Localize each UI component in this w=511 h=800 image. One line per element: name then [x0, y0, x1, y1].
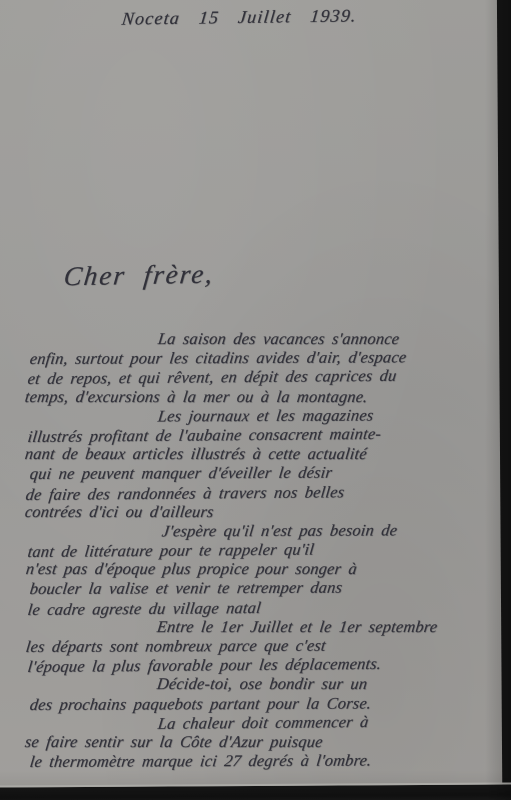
letter-line: La chaleur doit commencer à: [25, 711, 499, 734]
letter-line: n'est pas d'époque plus propice pour son…: [25, 559, 498, 578]
letter-line: contrées d'ici ou d'ailleurs: [24, 502, 498, 521]
letter-line: La saison des vacances s'annonce: [25, 329, 498, 348]
letter-line: illustrés profitant de l'aubaine consacr…: [27, 423, 499, 446]
letter-line: de faire des randonnées à travers nos be…: [25, 480, 499, 503]
letter-line: l'époque la plus favorable pour les dépl…: [27, 653, 499, 676]
letter-line: boucler la valise et venir te retremper …: [29, 577, 499, 598]
letter-line: temps, d'excursions à la mer ou à la mon…: [24, 387, 498, 406]
letter-line: Entre le 1er Juillet et le 1er septembre: [24, 617, 498, 636]
letter-line: qui ne peuvent manquer d'éveiller le dés…: [29, 462, 499, 483]
scan-edge-bottom: [0, 782, 511, 800]
letter-salutation: Cher frère,: [62, 259, 216, 293]
letter-line: le thermomètre marque ici 27 degrés à l'…: [29, 750, 499, 771]
letter-dateline: Noceta 15 Juillet 1939.: [121, 5, 358, 29]
scanned-letter-page: Noceta 15 Juillet 1939. Cher frère, La s…: [0, 0, 511, 800]
letter-line: le cadre agreste du village natal: [27, 596, 499, 619]
letter-line: nant de beaux articles illustrés à cette…: [24, 444, 498, 463]
letter-line: tant de littérature pour te rappeler qu'…: [27, 538, 499, 561]
letter-line: se faire sentir sur la Côte d'Azur puisq…: [24, 732, 498, 751]
letter-body: La saison des vacances s'annonceenfin, s…: [25, 329, 497, 770]
letter-line: Décide-toi, ose bondir sur un: [24, 674, 498, 693]
letter-line: et de repos, et qui rêvent, en dépit des…: [27, 365, 499, 388]
